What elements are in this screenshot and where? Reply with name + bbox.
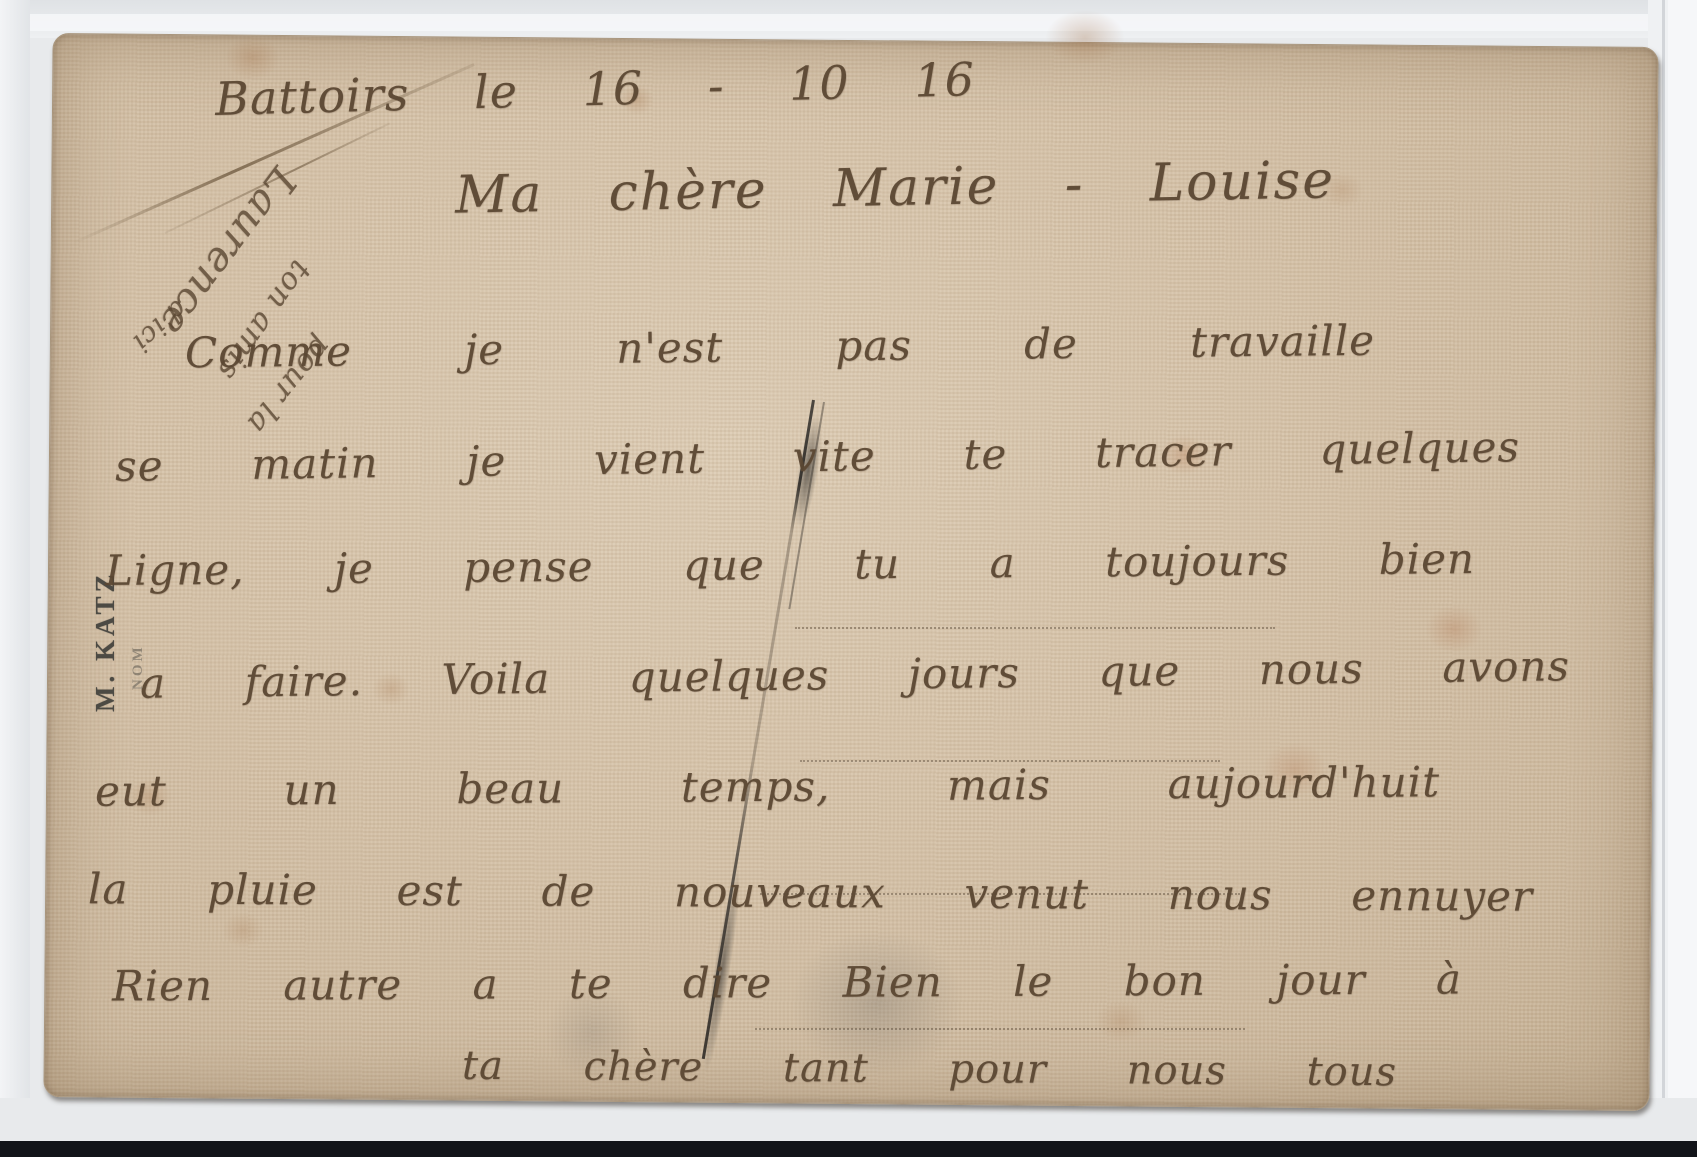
body-line: la pluie est de nouveaux venut nous ennu… xyxy=(88,864,1533,921)
scanner-seam xyxy=(1662,0,1665,1157)
body-line: Rien autre a te dire Bien le bon jour à xyxy=(112,954,1462,1010)
scanned-postcard-page: Laurence ton amis pour la d'ici M. KATZ … xyxy=(0,0,1697,1157)
body-line: eut un beau temps, mais aujourd'huit xyxy=(95,757,1440,815)
scanner-dark-band xyxy=(0,1141,1697,1157)
body-line: ta chère tant pour nous tous xyxy=(462,1043,1397,1096)
address-dotted-line xyxy=(795,627,1275,629)
scanner-bed-top-highlight xyxy=(0,14,1697,31)
scanner-bed-left xyxy=(0,0,30,1157)
scanner-bed-right-highlight xyxy=(1668,0,1697,1157)
foxing-stain xyxy=(222,912,264,948)
foxing-stain xyxy=(1045,10,1125,65)
foxing-stain xyxy=(1095,1000,1147,1042)
